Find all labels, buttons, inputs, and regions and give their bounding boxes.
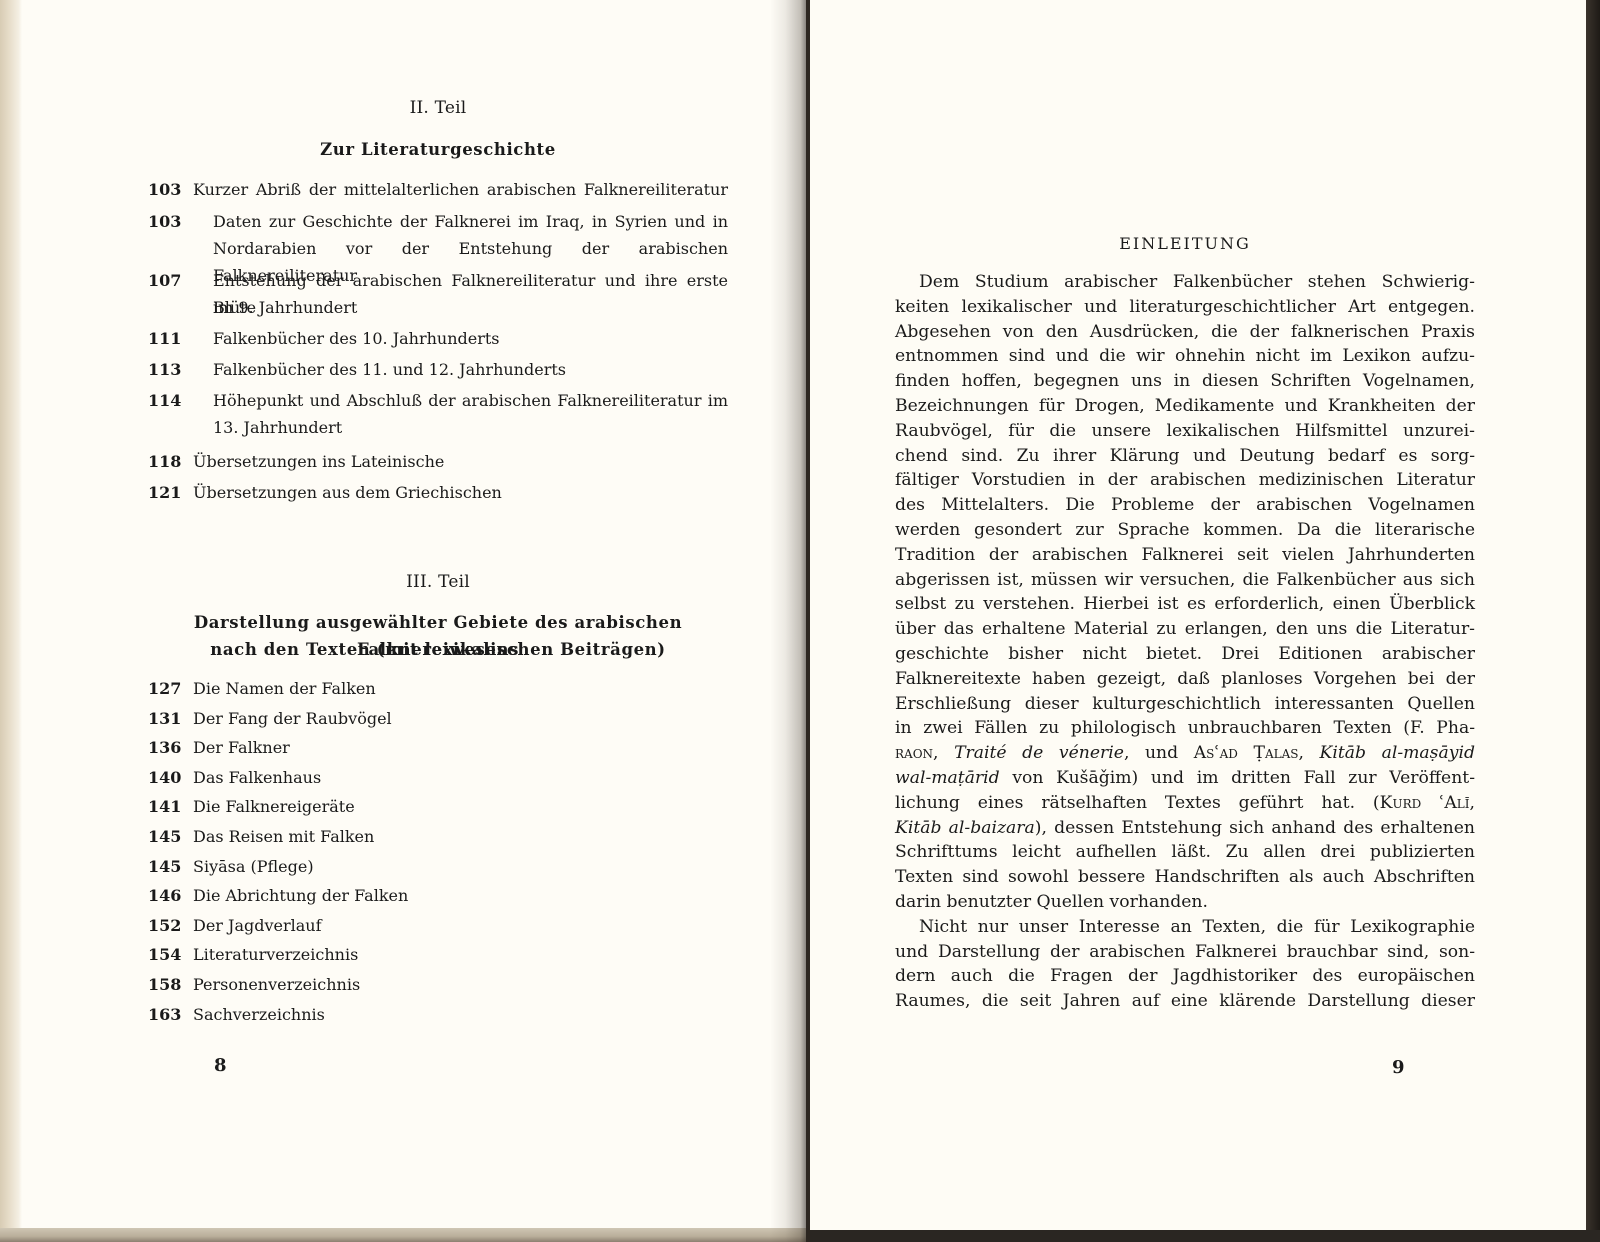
text-line: Texten sind sowohl bessere Handschriften… xyxy=(895,865,1475,890)
text-line: Kitāb al-baizara), dessen Entstehung sic… xyxy=(895,816,1475,841)
toc-page-number: 145 xyxy=(148,823,188,850)
left-bottom-edge xyxy=(0,1228,808,1242)
toc-page-number: 140 xyxy=(148,764,188,791)
text-line: darin benutzter Quellen vorhanden. xyxy=(895,890,1475,915)
text-line: Falknereitexte haben gezeigt, daß planlo… xyxy=(895,667,1475,692)
toc-entry-title: Das Falkenhaus xyxy=(193,764,728,791)
toc-entry-title: Literaturverzeichnis xyxy=(193,941,728,968)
toc-page-number: 107 xyxy=(148,267,188,294)
text-line: Erschließung dieser kulturgeschichtlich … xyxy=(895,692,1475,717)
text-line: selbst zu verstehen. Hierbei ist es erfo… xyxy=(895,592,1475,617)
toc-entry-title: Personenverzeichnis xyxy=(193,971,728,998)
text-line: keiten lexikalischer und literaturgeschi… xyxy=(895,295,1475,320)
toc-page-number: 145 xyxy=(148,853,188,880)
text-fragment: lichung eines rätselhaften Textes geführ… xyxy=(895,793,1380,813)
right-bottom-edge xyxy=(810,1230,1600,1242)
toc-page-number: 146 xyxy=(148,882,188,909)
text-line: raon, Traité de vénerie, und Asʿad Ṭalas… xyxy=(895,741,1475,766)
introduction-text: Dem Studium arabischer Falkenbücher steh… xyxy=(895,270,1475,1014)
work-title: Traité de vénerie xyxy=(954,743,1124,763)
toc-entry-title: Falkenbücher des 11. und 12. Jahrhundert… xyxy=(213,356,728,383)
text-fragment: , xyxy=(1298,743,1319,763)
toc-page-number: 158 xyxy=(148,971,188,998)
toc-entry-title: Siyāsa (Pflege) xyxy=(193,853,728,880)
part-2-label: II. Teil xyxy=(148,98,728,118)
page-number-left: 8 xyxy=(214,1055,227,1076)
toc-page-number: 136 xyxy=(148,734,188,761)
text-fragment: , xyxy=(1470,793,1475,813)
toc-entry-title: Sachverzeichnis xyxy=(193,1001,728,1028)
toc-page-number: 103 xyxy=(148,208,188,235)
toc-entry-title: Das Reisen mit Falken xyxy=(193,823,728,850)
toc-page-number: 152 xyxy=(148,912,188,939)
text-line: und Darstellung der arabischen Falknerei… xyxy=(895,940,1475,965)
text-line: dern auch die Fragen der Jagdhistoriker … xyxy=(895,964,1475,989)
text-fragment: , xyxy=(933,743,954,763)
author-name: raon xyxy=(895,743,933,763)
toc-entry-title: Der Jagdverlauf xyxy=(193,912,728,939)
toc-entry-title: Die Abrichtung der Falken xyxy=(193,882,728,909)
text-line: Abgesehen von den Ausdrücken, die der fa… xyxy=(895,320,1475,345)
toc-page-number: 154 xyxy=(148,941,188,968)
part-3-heading-line-2: nach den Texten (mit lexikalischen Beitr… xyxy=(148,636,728,663)
toc-page-number: 118 xyxy=(148,448,188,475)
chapter-title: EINLEITUNG xyxy=(895,234,1475,253)
toc-entry-title: Übersetzungen ins Lateinische xyxy=(193,448,728,475)
toc-page-number: 111 xyxy=(148,325,188,352)
right-page-edge xyxy=(1586,0,1600,1242)
toc-entry-title-cont: im 9. Jahrhundert xyxy=(213,294,728,321)
toc-entry-title: Daten zur Geschichte der Falknerei im Ir… xyxy=(213,208,728,235)
text-line: abgerissen ist, müssen wir versuchen, di… xyxy=(895,568,1475,593)
text-fragment: , und xyxy=(1124,743,1194,763)
toc-page-number: 103 xyxy=(148,176,188,203)
text-line: Bezeichnungen für Drogen, Medikamente un… xyxy=(895,394,1475,419)
text-fragment: von Kušāǧim) und im dritten Fall zur Ver… xyxy=(1000,768,1475,788)
text-line: Tradition der arabischen Falknerei seit … xyxy=(895,543,1475,568)
toc-entry-title: Die Falknereigeräte xyxy=(193,793,728,820)
toc-entry-title-cont: 13. Jahrhundert xyxy=(213,414,728,441)
page-number-right: 9 xyxy=(1392,1057,1405,1078)
work-title: Kitāb al-maṣāyid xyxy=(1320,743,1475,763)
toc-entry-title: Kurzer Abriß der mittelalterlichen arabi… xyxy=(193,176,728,203)
gutter-shadow xyxy=(770,0,808,1242)
toc-page-number: 114 xyxy=(148,387,188,414)
author-name: Kurd ʿAlī xyxy=(1380,793,1470,813)
toc-entry-title: Höhepunkt und Abschluß der arabischen Fa… xyxy=(213,387,728,414)
text-line: des Mittelalters. Die Probleme der arabi… xyxy=(895,493,1475,518)
text-line: finden hoffen, begegnen uns in diesen Sc… xyxy=(895,369,1475,394)
book-spine xyxy=(806,0,810,1242)
book-spread: II. Teil Zur Literaturgeschichte 103 Kur… xyxy=(0,0,1600,1242)
text-line: wal-maṭārid von Kušāǧim) und im dritten … xyxy=(895,766,1475,791)
toc-page-number: 163 xyxy=(148,1001,188,1028)
toc-page-number: 141 xyxy=(148,793,188,820)
text-line: lichung eines rätselhaften Textes geführ… xyxy=(895,791,1475,816)
toc-page-number: 131 xyxy=(148,705,188,732)
toc-page-number: 121 xyxy=(148,479,188,506)
text-line: in zwei Fällen zu philologisch unbrauchb… xyxy=(895,716,1475,741)
toc-entry-title: Falkenbücher des 10. Jahrhunderts xyxy=(213,325,728,352)
toc-entry-title: Der Fang der Raubvögel xyxy=(193,705,728,732)
part-3-label: III. Teil xyxy=(148,572,728,592)
text-line: geschichte bisher nicht bietet. Drei Edi… xyxy=(895,642,1475,667)
text-line: Schrifttums leicht aufhellen läßt. Zu al… xyxy=(895,840,1475,865)
text-line: Dem Studium arabischer Falkenbücher steh… xyxy=(895,270,1475,295)
text-line: entnommen sind und die wir ohnehin nicht… xyxy=(895,344,1475,369)
text-line: fältiger Vorstudien in der arabischen me… xyxy=(895,468,1475,493)
part-2-heading: Zur Literaturgeschichte xyxy=(148,136,728,163)
work-title: wal-maṭārid xyxy=(895,768,1000,788)
text-line: Raumes, die seit Jahren auf eine klärend… xyxy=(895,989,1475,1014)
toc-page-number: 127 xyxy=(148,675,188,702)
text-fragment: ), dessen Entstehung sich anhand des erh… xyxy=(1035,818,1475,838)
text-line: Raubvögel, für die unsere lexikalischen … xyxy=(895,419,1475,444)
work-title: Kitāb al-baizara xyxy=(895,818,1035,838)
left-page-edge xyxy=(0,0,22,1228)
toc-entry-title: Die Namen der Falken xyxy=(193,675,728,702)
toc-entry-title: Der Falkner xyxy=(193,734,728,761)
text-line: über das erhaltene Material zu erlangen,… xyxy=(895,617,1475,642)
toc-page-number: 113 xyxy=(148,356,188,383)
text-line: chend sind. Zu ihrer Klärung und Deutung… xyxy=(895,444,1475,469)
text-line: Nicht nur unser Interesse an Texten, die… xyxy=(895,915,1475,940)
toc-entry-title: Übersetzungen aus dem Griechischen xyxy=(193,479,728,506)
text-line: werden gesondert zur Sprache kommen. Da … xyxy=(895,518,1475,543)
author-name: Asʿad Ṭalas xyxy=(1194,743,1299,763)
